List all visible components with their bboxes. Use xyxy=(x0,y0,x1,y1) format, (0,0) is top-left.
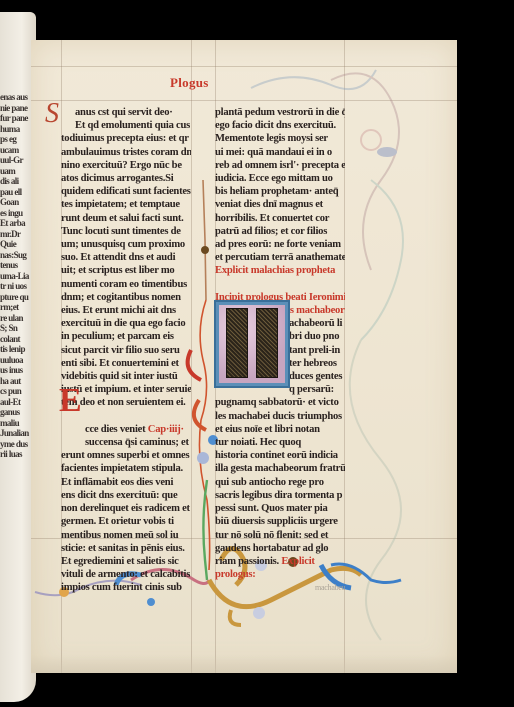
left-page-line: Quie xyxy=(0,239,34,250)
text-line: vituli de armento: et calcabitis xyxy=(61,568,191,581)
left-page-line: uul-Gr xyxy=(0,155,34,166)
left-page-line: rm;et xyxy=(0,302,34,313)
left-page-line: fur pane xyxy=(0,113,34,124)
text-line: reb ad omnem isrl'· precepta et xyxy=(215,159,345,172)
initial-m-right-stroke xyxy=(256,308,278,378)
explicit-rubric: Explicit malachias propheta xyxy=(215,264,345,277)
decorated-initial-s: S xyxy=(45,98,59,130)
left-page-line: Et arba xyxy=(0,218,34,229)
text-line: mentibus nomen meū sol iu xyxy=(61,529,191,542)
faint-note: machabeus xyxy=(215,581,345,594)
text-line: gaudens hortabatur ad glo xyxy=(215,542,345,555)
text-line: ens dicit dns exercituū: que xyxy=(61,489,191,502)
text-line: atos dicimus arrogantes.Si xyxy=(61,172,191,185)
text-line: bis heliam prophetam· anteq̄ xyxy=(215,185,345,198)
text-line: germen. Et orietur vobis ti xyxy=(61,515,191,528)
text-line: impios cum fuerint cinis sub xyxy=(61,581,191,594)
text-line: ego facio dicit dns exercituū. xyxy=(215,119,345,132)
text-line: tes impietatem; et temptaue xyxy=(61,198,191,211)
text-line: cce dies veniet Cap·iiij· xyxy=(61,423,191,436)
text-line: sicut parcit vir filio suo seru xyxy=(61,344,191,357)
text-line: horribilis. Et conuertet cor xyxy=(215,212,345,225)
initial-m-left-stroke xyxy=(226,308,248,378)
text-line: tur nō solū nō flenit: sed et xyxy=(215,529,345,542)
text-line: plantā pedum vestrorū in die q̄ xyxy=(215,106,345,119)
text-line: les machabei ducis triumphos xyxy=(215,410,345,423)
left-page-line: nas:Sug xyxy=(0,250,34,261)
text-line: dnm; et cogitantibus nomen xyxy=(61,291,191,304)
text-line: numenti coram eo timentibus xyxy=(61,278,191,291)
left-page-line: nie pane xyxy=(0,103,34,114)
left-page-line: aul-Et xyxy=(0,397,34,408)
left-page-line: huma xyxy=(0,124,34,135)
left-page-line: tr ni uos xyxy=(0,281,34,292)
text-line: um; unusquisq cum proximo xyxy=(61,238,191,251)
left-page-line: dis ali xyxy=(0,176,34,187)
text-line: uit; et scriptus est liber mo xyxy=(61,264,191,277)
left-page-line: maliu xyxy=(0,418,34,429)
text-line: Tunc locuti sunt timentes de xyxy=(61,225,191,238)
text-line: qui sub antiocho rege pro xyxy=(215,476,345,489)
left-page-line: ha aut xyxy=(0,376,34,387)
left-page-line: Goan xyxy=(0,197,34,208)
left-page-line: uam xyxy=(0,166,34,177)
manuscript-page: Plogus S anus cst qui servit deo·Et qd e… xyxy=(31,40,457,673)
left-page-line: Junalian xyxy=(0,428,34,439)
running-head: Plogus xyxy=(170,75,209,91)
left-page-line: yme dus xyxy=(0,439,34,450)
left-page-line: tenus xyxy=(0,260,34,271)
chapter-number: Cap·iiij· xyxy=(145,424,183,435)
text-line: sacris legibus dira tormenta p xyxy=(215,489,345,502)
column-a: anus cst qui servit deo·Et qd emolumenti… xyxy=(61,106,191,595)
text-line: veniat dies dnī magnus et xyxy=(215,198,345,211)
text-line: facientes impietatem stipula. xyxy=(61,462,191,475)
text-line: iudicia. Ecce ego mittam uo xyxy=(215,172,345,185)
text-line: anus cst qui servit deo· xyxy=(61,106,191,119)
text-line: ui mei: quā mandaui ei in o xyxy=(215,146,345,159)
text-line: succensa q̄si caminus; et xyxy=(61,436,191,449)
left-page-line: pture qu xyxy=(0,292,34,303)
text-line: runt deum et salui facti sunt. xyxy=(61,212,191,225)
text-line: suo. Et attendit dns et audi xyxy=(61,251,191,264)
text-line: Et egrediemini et salietis sic xyxy=(61,555,191,568)
text-line: erunt omnes superbi et omnes xyxy=(61,449,191,462)
left-page-line: cs pun xyxy=(0,386,34,397)
text-line: historia continet eorū indicia xyxy=(215,449,345,462)
text-line: et percutiam terrā anathemate. xyxy=(215,251,345,264)
text-line: et eius noīe et libri notan xyxy=(215,423,345,436)
text-line: ambulauimus tristes coram dno xyxy=(61,146,191,159)
text-line: illa gesta machabeorum fratrū xyxy=(215,462,345,475)
text-line: pugnamq sabbatorū· et victo xyxy=(215,396,345,409)
left-page-line: rii luas xyxy=(0,449,34,460)
left-page-line: mr.Dr xyxy=(0,229,34,240)
text-line: quidem edificati sunt facientes xyxy=(61,185,191,198)
left-page-line: us inus xyxy=(0,365,34,376)
text-line: eius. Et erunt michi ait dns xyxy=(61,304,191,317)
text-line: tur noiati. Hec quoq xyxy=(215,436,345,449)
left-page-line: ucam xyxy=(0,145,34,156)
text-line: riam passionis. Explicit xyxy=(215,555,345,568)
left-page-line: es ingu xyxy=(0,208,34,219)
left-page-line: uuluoa xyxy=(0,355,34,366)
text-line: patrū ad filios; et cor filios xyxy=(215,225,345,238)
text-line: pessi sunt. Quos mater pia xyxy=(215,502,345,515)
chapter-initial-e: E xyxy=(59,382,82,420)
left-page-line: re ulan xyxy=(0,313,34,324)
left-page-line: S; Sn xyxy=(0,323,34,334)
left-page-line: enas aus xyxy=(0,92,34,103)
text-line: Mementote legis moysi ser xyxy=(215,132,345,145)
left-page-line: ps eg xyxy=(0,134,34,145)
text-line: ad pres eorū: ne forte veniam xyxy=(215,238,345,251)
left-page-line: ganus xyxy=(0,407,34,418)
text-line: enti sibi. Et conuertemini et xyxy=(61,357,191,370)
left-page-line: uma-Lia xyxy=(0,271,34,282)
blank-line xyxy=(215,278,345,291)
text-line: sticie: et sanitas in pēnis eius. xyxy=(61,542,191,555)
left-page-text: enas ausnie panefur panehumaps egucamuul… xyxy=(0,92,34,460)
explicit-rubric: Explicit xyxy=(279,556,315,567)
text-line: biū diuersis suppliciis urgere xyxy=(215,515,345,528)
left-page-line: colant xyxy=(0,334,34,345)
text-line: Et inflāmabit eos dies veni xyxy=(61,476,191,489)
text-line: in peculium; et parcam eis xyxy=(61,330,191,343)
explicit-rubric: prologus: xyxy=(215,568,345,581)
illuminated-initial-m xyxy=(214,300,290,388)
text-line: exercituū in die qua ego facio xyxy=(61,317,191,330)
text-line: Et qd emolumenti quia cus xyxy=(61,119,191,132)
text-line: non derelinquet eis radicem et xyxy=(61,502,191,515)
left-page-line: pau ell xyxy=(0,187,34,198)
left-page-line: tis lenip xyxy=(0,344,34,355)
text-line: nino exercituū? Ergo nūc be xyxy=(61,159,191,172)
text-line: todiuimus precepta eius: et qr xyxy=(61,132,191,145)
